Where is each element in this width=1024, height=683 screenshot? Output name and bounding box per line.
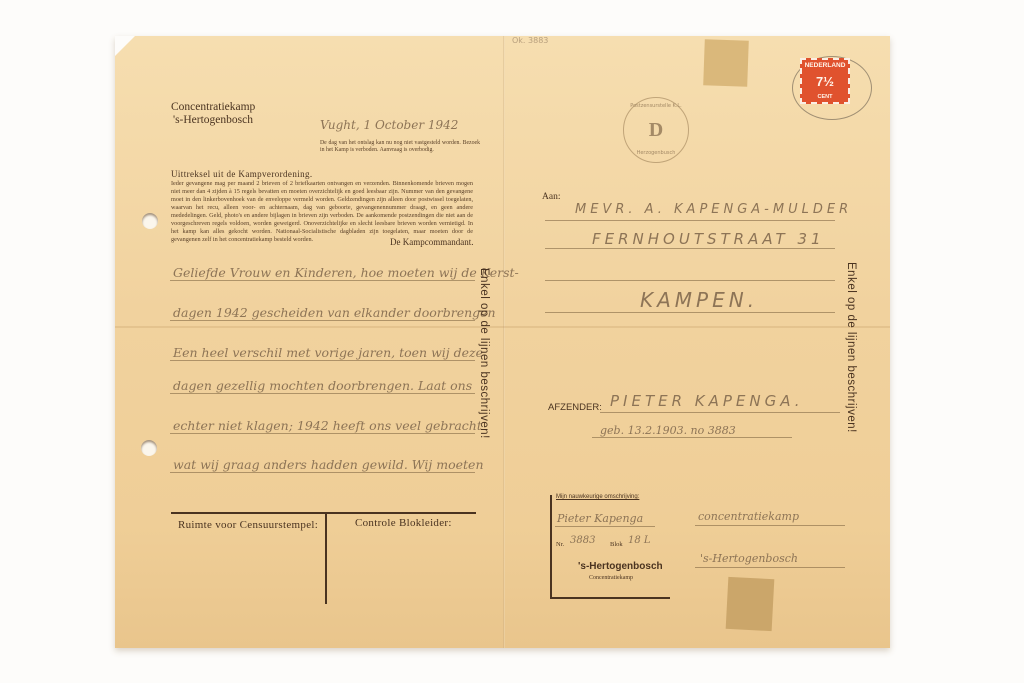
footer-divider	[171, 512, 476, 514]
censor-stamp: Postzensurstelle K.L. D Herzogenbusch	[623, 97, 689, 163]
footer-vertical-divider	[325, 512, 327, 604]
block-label: Blok	[610, 541, 623, 548]
address-line	[545, 220, 835, 221]
block-leader-check-label: Controle Blokleider:	[355, 517, 452, 529]
camp-name: Concentratiekamp	[171, 101, 255, 114]
stamp-value: 7½	[816, 76, 834, 88]
letter-line: echter niet klagen; 1942 heeft ons veel …	[173, 418, 482, 433]
writing-line	[170, 393, 475, 394]
writing-line	[170, 433, 475, 434]
sender-name: PIETER KAPENGA.	[610, 392, 804, 410]
return-handwritten-camp: concentratiekamp	[698, 510, 799, 523]
sender-details: geb. 13.2.1903. no 3883	[600, 424, 736, 437]
return-box-title: Mijn nauwkeurige omschrijving:	[556, 494, 639, 500]
writing-line	[170, 280, 475, 281]
camp-header: Concentratiekamp 's-Hertogenbosch	[171, 101, 255, 127]
regulations-title: Uittreksel uit de Kampverordening.	[171, 169, 313, 179]
address-line	[545, 280, 835, 281]
punch-hole	[141, 440, 157, 456]
sender-detail-line	[592, 437, 792, 438]
side-instruction-right: Enkel op de lijnen beschrijven!	[845, 262, 857, 433]
stamp-country: NEDERLAND	[805, 62, 846, 69]
punch-hole	[142, 213, 158, 229]
censor-stamp-space-label: Ruimte voor Censuurstempel:	[178, 519, 318, 531]
address-line	[545, 312, 835, 313]
writing-line	[170, 320, 475, 321]
nr-label: Nr.	[556, 541, 564, 548]
block-value: 18 L	[628, 535, 651, 546]
stamp-unit: CENT	[818, 94, 833, 100]
censor-ring-text: Postzensurstelle K.L.	[630, 103, 682, 109]
nr-value: 3883	[570, 535, 595, 546]
sender-line	[600, 412, 840, 413]
sender-label: AFZENDER:	[548, 402, 602, 413]
letter-line: dagen 1942 gescheiden van elkander doorb…	[173, 305, 496, 320]
center-fold	[503, 36, 505, 648]
writing-line	[170, 360, 475, 361]
letter-line: Geliefde Vrouw en Kinderen, hoe moeten w…	[173, 265, 519, 280]
return-sub: Concentratiekamp	[589, 575, 633, 581]
return-handwritten-line	[695, 525, 845, 526]
censor-bottom-text: Herzogenbusch	[637, 150, 676, 156]
side-instruction-left: Enkel op de lijnen beschrijven!	[478, 268, 490, 439]
recipient-street: FERNHOUTSTRAAT 31	[592, 230, 825, 248]
postage-stamp: NEDERLAND 7½ CENT	[800, 58, 850, 104]
censor-letter: D	[649, 119, 663, 142]
return-name-line	[555, 526, 655, 527]
tape-top	[703, 39, 749, 87]
letter-line: dagen gezellig mochten doorbrengen. Laat…	[173, 378, 472, 393]
return-handwritten-line	[695, 567, 845, 568]
return-place: 's-Hertogenbosch	[578, 561, 663, 572]
pencil-reference: Ok. 3883	[512, 36, 548, 45]
letter-line: wat wij graag anders hadden gewild. Wij …	[173, 457, 484, 472]
commandant-signature: De Kampcommandant.	[390, 237, 473, 247]
camp-city: 's-Hertogenbosch	[171, 114, 255, 127]
address-line	[545, 248, 835, 249]
regulations-body: Ieder gevangene mag per maand 2 brieven …	[171, 180, 473, 244]
to-label: Aan:	[542, 192, 560, 202]
return-name: Pieter Kapenga	[557, 512, 643, 525]
horizontal-fold	[115, 326, 890, 328]
recipient-name: MEVR. A. KAPENGA-MULDER	[575, 202, 852, 217]
recipient-city: KAMPEN.	[640, 288, 758, 312]
visit-notice: De dag van het ontslag kan nu nog niet v…	[320, 140, 480, 154]
letter-line: Een heel verschil met vorige jaren, toen…	[173, 345, 483, 360]
tape-bottom	[726, 577, 775, 631]
return-handwritten-city: 's-Hertogenbosch	[700, 552, 798, 565]
writing-line	[170, 472, 475, 473]
date-handwritten: Vught, 1 October 1942	[320, 118, 458, 132]
